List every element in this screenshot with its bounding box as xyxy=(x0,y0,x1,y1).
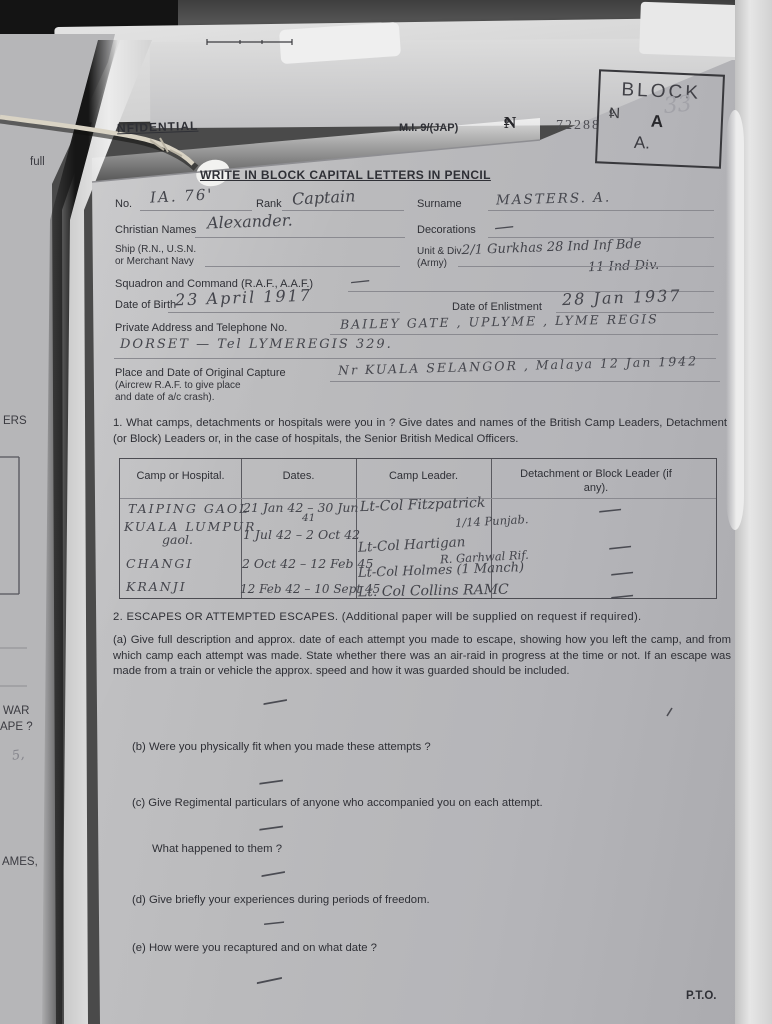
field-no-value: IA. 76' xyxy=(150,185,214,206)
field-christian-value: Alexander. xyxy=(207,211,293,233)
question-1: 1. What camps, detachments or hospitals … xyxy=(113,416,727,447)
form-line xyxy=(330,381,720,382)
block-stamp: BLOCK No A A. 33 xyxy=(595,69,725,168)
field-squadron-value: — xyxy=(349,267,371,293)
form-line xyxy=(488,210,714,211)
pencil-rule-mark xyxy=(207,39,292,45)
table-header-camp: Camp or Hospital. xyxy=(120,470,241,482)
section2-question-b: (b) Were you physically fit when you mad… xyxy=(132,740,692,756)
field-christian-label: Christian Names xyxy=(115,224,196,236)
scanned-pow-form: NFIDENTIAL M.I. 9/(JAP) No 72288 WRITE I… xyxy=(0,0,772,1024)
field-surname-value: MASTERS. A. xyxy=(496,189,612,208)
answer-dash-a: — xyxy=(260,684,291,718)
answer-dash-c2: — xyxy=(258,856,289,890)
margin-fragment-war: WAR xyxy=(3,705,29,717)
section2-question-c: (c) Give Regimental particulars of anyon… xyxy=(132,796,712,812)
row1-camp: TAIPING GAOL xyxy=(128,501,249,516)
section2-question-e: (e) How were you recaptured and on what … xyxy=(132,941,692,957)
margin-rule-fragment xyxy=(0,648,27,686)
field-rank-value: Captain xyxy=(292,186,356,208)
form-instruction: WRITE IN BLOCK CAPITAL LETTERS IN PENCIL xyxy=(200,168,491,182)
stamp-block-word: BLOCK xyxy=(600,78,723,105)
field-decorations-label: Decorations xyxy=(417,224,476,236)
classification-label: NFIDENTIAL xyxy=(117,119,199,136)
field-no-label: No. xyxy=(115,198,132,210)
answer-dash-c: — xyxy=(256,810,286,843)
form-serial-number: 72288 xyxy=(556,118,601,134)
stamp-pencil-number: 33 xyxy=(662,91,692,119)
form-line xyxy=(330,334,718,335)
row1-dates: 21 Jan 42 – 30 Jun xyxy=(243,500,358,515)
table-header-leader: Camp Leader. xyxy=(356,470,491,482)
stamp-no-label: No xyxy=(609,105,615,122)
margin-fragment-full: full xyxy=(30,156,45,168)
field-surname-label: Surname xyxy=(417,198,462,210)
answer-dash-b: — xyxy=(256,764,286,797)
section2-question-d: (d) Give briefly your experiences during… xyxy=(132,893,692,909)
form-line xyxy=(282,210,404,211)
row1-dates-note: 41 xyxy=(302,512,315,524)
form-line xyxy=(168,312,400,313)
row1-block: — xyxy=(597,494,624,524)
row2-camp2: gaol. xyxy=(162,532,193,547)
table-header-block: Detachment or Block Leader (if any). xyxy=(511,468,681,496)
section2-question-c2: What happened to them ? xyxy=(152,842,552,858)
field-capture-sub1: (Aircrew R.A.F. to give place xyxy=(115,380,241,391)
row3-camp: CHANGI xyxy=(126,556,193,571)
field-capture-sub2: and date of a/c crash). xyxy=(115,392,215,403)
row3-dates: 2 Oct 42 – 12 Feb 45 xyxy=(242,556,373,571)
margin-fragment-ape: APE ? xyxy=(0,721,33,733)
form-line xyxy=(195,237,405,238)
section2-heading: 2. ESCAPES OR ATTEMPTED ESCAPES. (Additi… xyxy=(113,610,731,626)
field-rank-label: Rank xyxy=(256,198,282,210)
row2-dates: 1 Jul 42 – 2 Oct 42 xyxy=(243,527,360,542)
field-decorations-value: — xyxy=(493,213,515,239)
field-enlist-label: Date of Enlistment xyxy=(452,301,542,313)
section2-question-a: (a) Give full description and approx. da… xyxy=(113,633,731,680)
row4-leader: Lt. Col Collins RAMC xyxy=(358,582,509,601)
form-number-label: No xyxy=(504,113,509,133)
row4-camp: KRANJI xyxy=(126,579,187,594)
field-dob-label: Date of Birth xyxy=(115,299,176,311)
pto-label: P.T.O. xyxy=(686,990,716,1002)
margin-table-fragment xyxy=(0,457,19,594)
field-address-label: Private Address and Telephone No. xyxy=(115,322,287,334)
field-capture-label: Place and Date of Original Capture xyxy=(115,367,286,379)
table-divider xyxy=(491,459,492,598)
field-ship-label2: or Merchant Navy xyxy=(115,256,194,267)
margin-fragment-ers: ERS xyxy=(3,415,27,427)
form-line xyxy=(205,266,400,267)
margin-fragment-ames: AMES, xyxy=(2,856,38,868)
form-code: M.I. 9/(JAP) xyxy=(399,122,458,134)
answer-dash-d: — xyxy=(262,909,286,936)
field-ship-label: Ship (R.N., U.S.N. xyxy=(115,244,196,255)
stamp-sub-letter: A. xyxy=(633,133,650,154)
table-header-dates: Dates. xyxy=(241,470,356,482)
field-address-value2: DORSET — Tel LYMEREGIS 329. xyxy=(120,337,393,352)
form-line xyxy=(140,210,252,211)
field-unit-label: Unit & Div. xyxy=(417,246,464,257)
row4-block: — xyxy=(609,580,636,610)
pencil-tick xyxy=(667,708,672,716)
margin-pencil-mark: 5, xyxy=(11,747,25,764)
stamp-block-letter: A xyxy=(650,112,663,133)
form-line xyxy=(458,266,714,267)
field-unit-label2: (Army) xyxy=(417,258,447,269)
